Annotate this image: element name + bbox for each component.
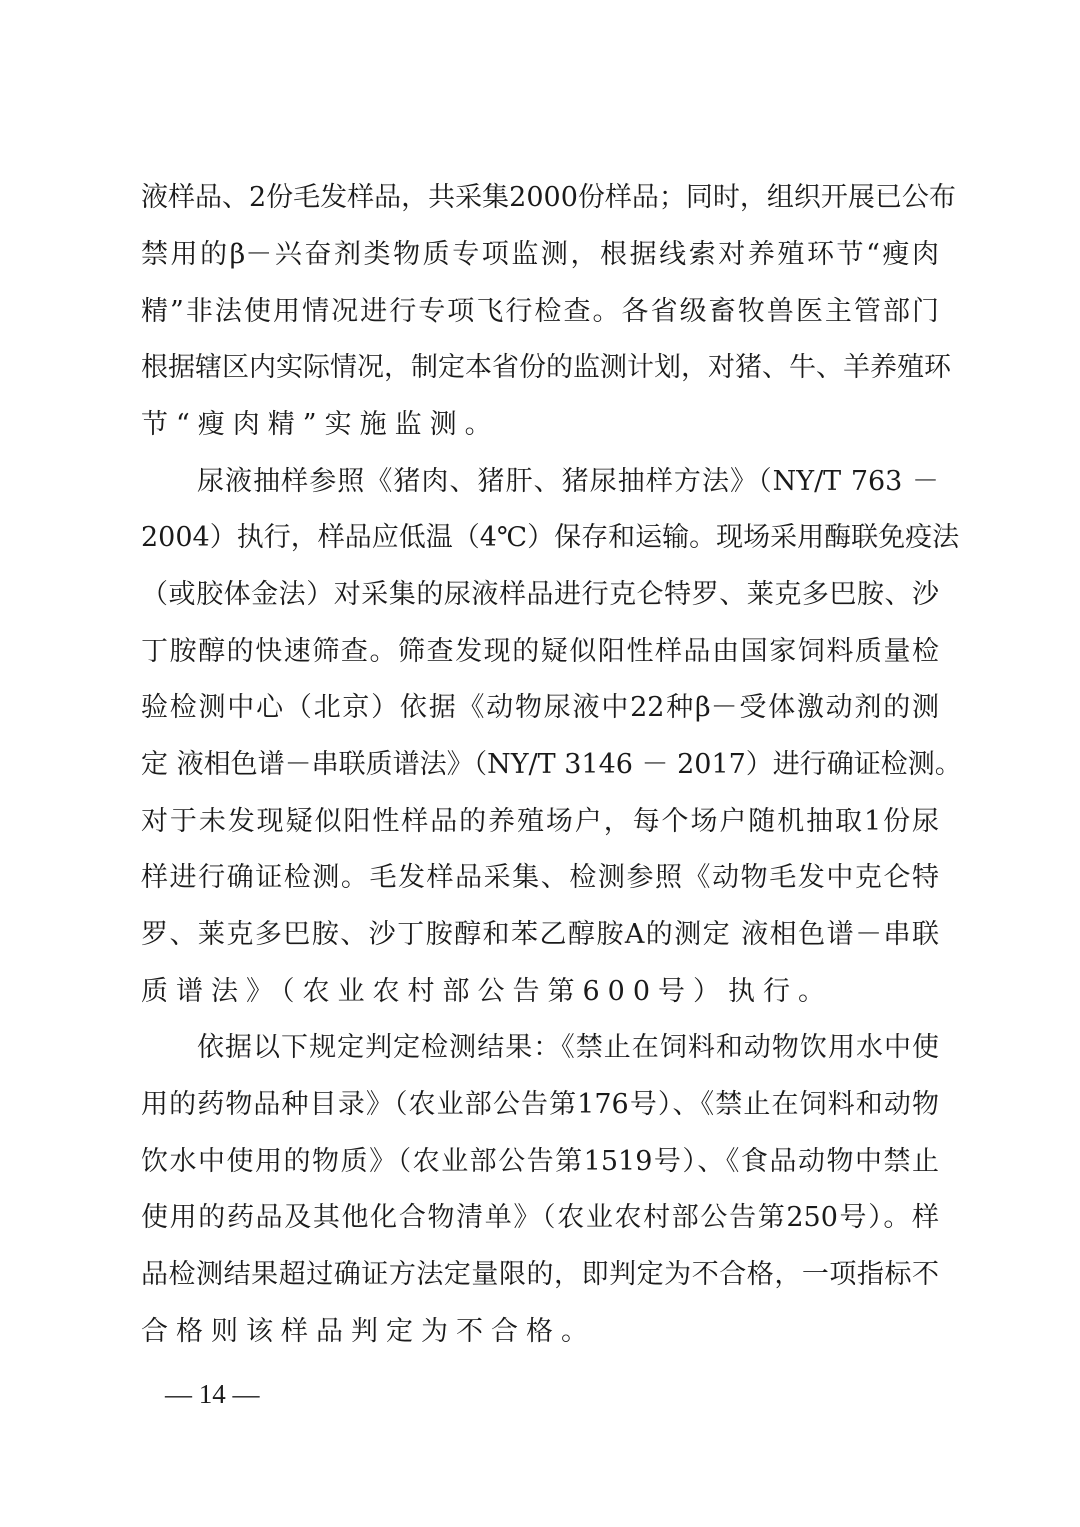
paragraph-2-line-3: （或胶体金法）对采集的尿液样品进行克仑特罗、莱克多巴胺、沙 [141,575,939,615]
document-page: 液样品、2份毛发样品，共采集2000份样品；同时，组织开展已公布 禁用的β－兴奋… [0,0,1080,1527]
paragraph-3-line-6: 合格则该样品判定为不合格。 [141,1312,939,1352]
paragraph-3-line-1: 依据以下规定判定检测结果：《禁止在饲料和动物饮用水中使 [197,1028,939,1068]
paragraph-2-line-10: 质谱法》（农业农村部公告第600号）执行。 [141,972,939,1012]
paragraph-2-line-1: 尿液抽样参照《猪肉、猪肝、猪尿抽样方法》（NY/T 763 － [197,462,939,502]
paragraph-2-line-9: 罗、莱克多巴胺、沙丁胺醇和苯乙醇胺A的测定 液相色谱－串联 [141,915,939,955]
paragraph-2-line-7: 对于未发现疑似阳性样品的养殖场户，每个场户随机抽取1份尿 [141,802,939,842]
paragraph-1-line-5: 节“瘦肉精”实施监测。 [141,405,939,445]
paragraph-2-line-4: 丁胺醇的快速筛查。筛查发现的疑似阳性样品由国家饲料质量检 [141,632,939,672]
paragraph-3-line-3: 饮水中使用的物质》（农业部公告第1519号）、《食品动物中禁止 [141,1142,939,1182]
paragraph-2-line-2: 2004）执行，样品应低温（4℃）保存和运输。现场采用酶联免疫法 [141,518,939,558]
page-number: — 14 — [165,1374,260,1414]
paragraph-3-line-5: 品检测结果超过确证方法定量限的，即判定为不合格，一项指标不 [141,1255,939,1295]
paragraph-2-line-5: 验检测中心（北京）依据《动物尿液中22种β－受体激动剂的测 [141,688,939,728]
paragraph-1-line-2: 禁用的β－兴奋剂类物质专项监测，根据线索对养殖环节“瘦肉 [141,235,939,275]
paragraph-2-line-8: 样进行确证检测。毛发样品采集、检测参照《动物毛发中克仑特 [141,858,939,898]
paragraph-1-line-3: 精”非法使用情况进行专项飞行检查。各省级畜牧兽医主管部门 [141,292,939,332]
paragraph-3-line-4: 使用的药品及其他化合物清单》（农业农村部公告第250号）。样 [141,1198,939,1238]
paragraph-3-line-2: 用的药物品种目录》（农业部公告第176号）、《禁止在饲料和动物 [141,1085,939,1125]
paragraph-1-line-1: 液样品、2份毛发样品，共采集2000份样品；同时，组织开展已公布 [141,178,939,218]
paragraph-2-line-6: 定 液相色谱－串联质谱法》（NY/T 3146 － 2017）进行确证检测。 [141,745,939,785]
paragraph-1-line-4: 根据辖区内实际情况，制定本省份的监测计划，对猪、牛、羊养殖环 [141,348,939,388]
